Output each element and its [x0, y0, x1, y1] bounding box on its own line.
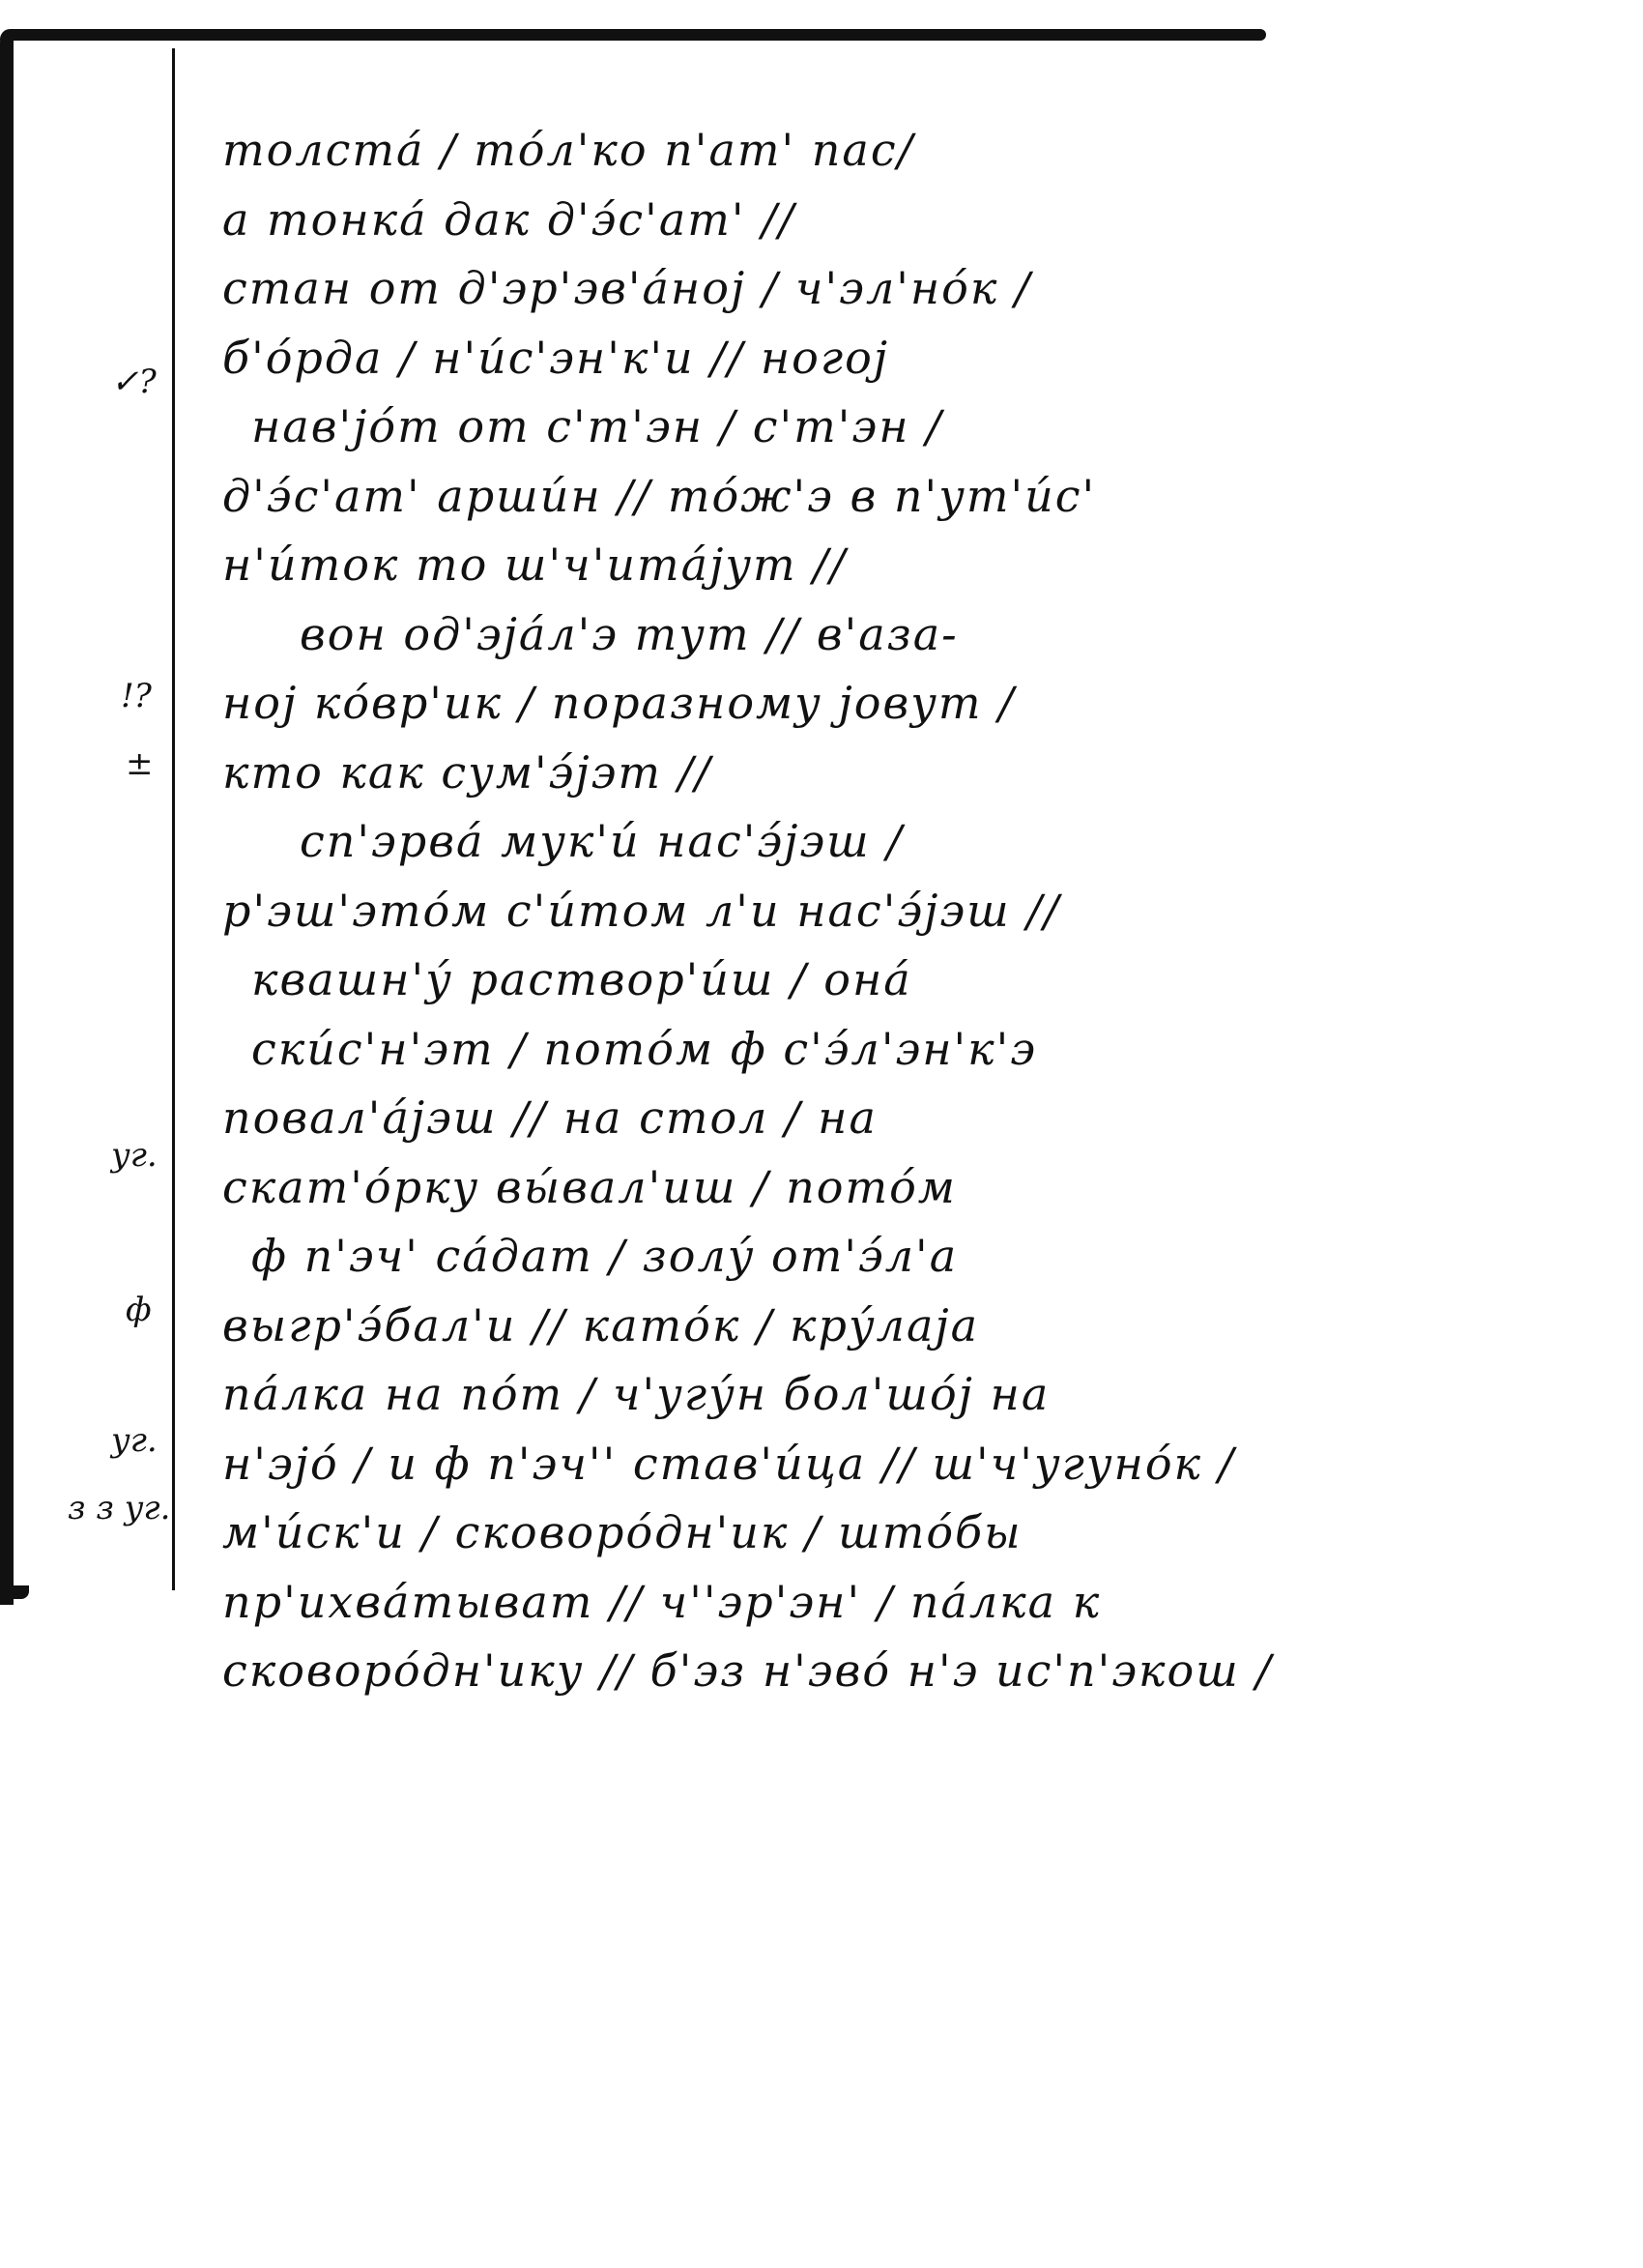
text-line: стан от д'эр'эв'а́ноj / ч'эл'но́к /: [222, 259, 1285, 329]
text-line: р'эш'это́м с'и́том л'и нас'э́jэш //: [222, 882, 1285, 951]
margin-note: !?: [121, 677, 152, 715]
margin-notes: ✓? !? ± уг. ф уг. з з уг.: [0, 0, 172, 2268]
text-line: па́лка на по́т / ч'угу́н бол'шо́j на: [222, 1365, 1285, 1435]
text-line: кто как сум'э́jэт //: [222, 743, 1285, 813]
text-line: ноj ко́вр'ик / поразному jовут /: [222, 674, 1285, 743]
text-line: д'э́с'ат' арши́н // то́ж'э в п'ут'и́с': [222, 467, 1285, 537]
text-line: ски́с'н'эт / пото́м ф с'э́л'эн'к'э: [222, 1020, 1285, 1090]
text-line: н'и́ток то ш'ч'ита́jут //: [222, 536, 1285, 605]
text-line: повал'а́jэш // на стол / на: [222, 1089, 1285, 1158]
text-line: скат'о́рку вы́вал'иш / пото́м: [222, 1158, 1285, 1228]
text-line: вон од'эjа́л'э тут // в'аза-: [222, 605, 1285, 675]
text-line: сп'эрва́ мук'и́ нас'э́jэш /: [222, 812, 1285, 882]
text-line: выгр'э́бал'и // като́к / кру́лаjа: [222, 1296, 1285, 1366]
margin-note: ±: [126, 744, 154, 783]
text-line: н'эjо́ / и ф п'эч'' став'и́ца // ш'ч'угу…: [222, 1435, 1285, 1504]
text-line: а тонка́ дак д'э́с'ат' //: [222, 190, 1285, 260]
margin-note: ✓?: [111, 363, 157, 401]
transcription-body: толста́ / то́л'ко п'ат' пас/ а тонка́ да…: [222, 121, 1285, 1711]
text-line: б'о́рда / н'и́с'эн'к'и // ногоj: [222, 329, 1285, 398]
text-line: толста́ / то́л'ко п'ат' пас/: [222, 121, 1285, 190]
page-top-rule: [0, 29, 1266, 41]
margin-note: уг.: [111, 1136, 158, 1175]
text-line: сковоро́дн'ику // б'эз н'эво́ н'э ис'п'э…: [222, 1642, 1285, 1711]
text-line: м'и́ск'и / сковоро́дн'ик / што́бы: [222, 1503, 1285, 1573]
margin-note: уг.: [111, 1421, 158, 1460]
text-line: ф п'эч' са́дат / золу́ от'э́л'а: [222, 1227, 1285, 1296]
margin-note: з з уг.: [68, 1489, 170, 1527]
text-line: нав'jо́т от с'т'эн / с'т'эн /: [222, 397, 1285, 467]
margin-rule: [172, 48, 175, 1590]
text-line: пр'ихва́тыват // ч''эр'эн' / па́лка к: [222, 1573, 1285, 1643]
margin-note: ф: [126, 1291, 152, 1329]
text-line: квашн'у́ раствор'и́ш / она́: [222, 950, 1285, 1020]
